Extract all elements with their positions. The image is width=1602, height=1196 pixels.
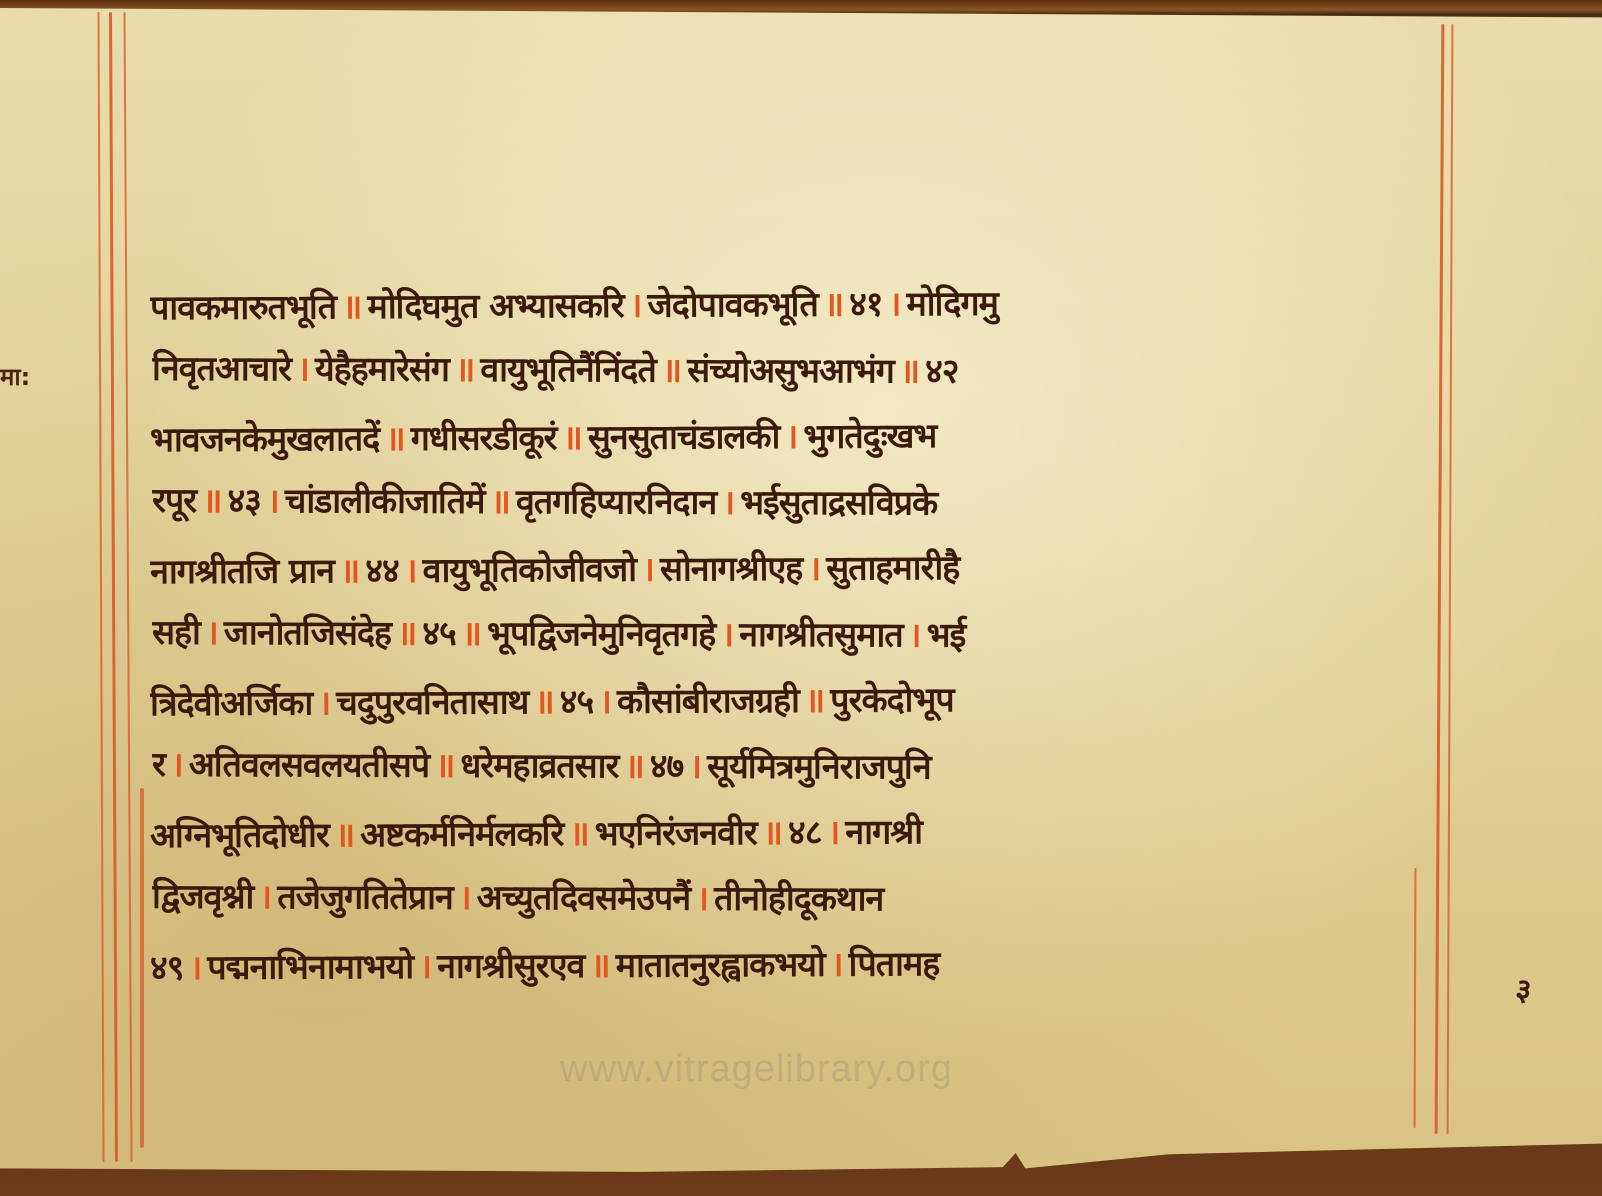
manuscript-text-block: पावकमारुतभूति॥मोदिघमुत अभ्यासकरि।जेदोपाव… — [150, 270, 1412, 996]
danda-mark: । — [259, 872, 271, 918]
danda-mark: । — [459, 873, 471, 919]
text-segment: नागश्री — [845, 807, 922, 853]
manuscript-line: रपूर॥४३।चांडालीकीजातिमें॥वृतगहिप्यारनिदा… — [152, 466, 1414, 536]
text-segment: ४१ — [849, 279, 883, 325]
danda-mark: ॥ — [490, 477, 510, 523]
danda-mark: ॥ — [900, 346, 920, 392]
manuscript-line: त्रिदेवीअर्जिका।चदुपुरवनितासाथ॥४५।कौसांब… — [150, 663, 1412, 736]
text-segment: रपूर — [152, 476, 196, 522]
danda-mark: । — [721, 610, 733, 656]
danda-mark: । — [785, 412, 797, 458]
text-segment: सोनागश्रीएह — [660, 544, 803, 591]
danda-mark: ॥ — [202, 476, 222, 522]
text-segment: वृतगहिप्यारनिदान — [516, 477, 717, 524]
text-segment: अष्टकर्मनिर्मलकरि — [360, 809, 563, 856]
text-segment: मातातनुरह्वाकभयो — [616, 940, 825, 987]
text-segment: भुगतेदुःखभ — [803, 411, 936, 458]
text-segment: धरेमहाव्रतसार — [460, 741, 618, 788]
danda-mark: ॥ — [342, 282, 362, 328]
text-segment: सही — [152, 608, 200, 654]
manuscript-line: पावकमारुतभूति॥मोदिघमुत अभ्यासकरि।जेदोपाव… — [150, 267, 1412, 340]
danda-mark: ॥ — [435, 741, 455, 787]
text-segment: पावकमारुतभूति — [150, 282, 336, 329]
danda-mark: । — [831, 940, 843, 986]
text-segment: ४८ — [788, 808, 822, 854]
danda-mark: । — [189, 943, 201, 989]
folio-number: ३ — [1513, 967, 1534, 1010]
danda-mark: ॥ — [824, 280, 844, 326]
text-segment: अतिवलसवलयतीसपे — [189, 740, 429, 787]
text-segment: तीनोहीदूकथान — [714, 874, 883, 921]
text-segment: नागश्रीसुरएव — [437, 941, 585, 988]
text-segment: गधीसरडीकूरं — [411, 413, 557, 460]
text-segment: वायुभूतिकोजीवजो — [422, 545, 636, 592]
text-segment: चांडालीकीजातिमें — [285, 476, 485, 523]
text-segment: निवृतआचारे — [152, 344, 291, 390]
text-segment: द्विजवृश्नी — [152, 872, 254, 918]
text-segment: भूपद्विजनेमुनिवृतगहे — [487, 609, 715, 656]
text-segment: ४५ — [560, 677, 594, 723]
danda-mark: ॥ — [662, 346, 682, 392]
left-margin-rule-accent — [140, 788, 144, 1148]
text-segment: पद्मनाभिनामाभयो — [207, 942, 413, 989]
danda-mark: । — [629, 281, 641, 327]
text-segment: वायुभूतिनैंनिंदते — [480, 345, 656, 392]
text-segment: भएनिरंजनवीर — [595, 808, 757, 855]
left-margin-rule-1 — [97, 12, 104, 1162]
text-segment: ४९ — [150, 943, 184, 989]
danda-mark: । — [808, 544, 820, 590]
danda-mark: ॥ — [590, 941, 610, 987]
text-segment: सुताहमारीहै — [826, 543, 959, 590]
danda-mark: । — [318, 678, 330, 724]
text-segment: भईसुताद्रसविप्रके — [740, 478, 937, 525]
margin-note: मा: — [0, 360, 30, 393]
danda-mark: ॥ — [763, 808, 783, 854]
text-segment: त्रिदेवीअर्जिका — [150, 678, 313, 725]
text-segment: तजेजुगतितेप्रान — [277, 872, 453, 919]
danda-mark: ॥ — [335, 810, 355, 856]
danda-mark: ॥ — [385, 414, 405, 460]
text-segment: येहैहमारेसंग — [315, 344, 449, 390]
text-segment: नागश्रीतजि प्रान — [150, 546, 334, 593]
left-margin-rule-3 — [123, 12, 132, 1162]
text-segment: अग्निभूतिदोधीर — [150, 810, 329, 857]
text-segment: र — [152, 740, 165, 786]
text-segment: जेदोपावकभूति — [647, 280, 818, 327]
danda-mark: । — [297, 344, 309, 390]
watermark: www.vitragelibrary.org — [560, 1048, 953, 1091]
right-margin-rule-2 — [1447, 24, 1454, 1134]
danda-mark: । — [696, 874, 708, 920]
danda-mark: । — [267, 476, 279, 522]
photograph-scene: मा: पावकमारुतभूति॥मोदिघमुत अभ्यासकरि।जेद… — [0, 0, 1602, 1196]
text-segment: सूर्यमित्रमुनिराजपुनि — [707, 742, 931, 789]
text-segment: मोदिगमु — [906, 279, 998, 325]
danda-mark: । — [171, 740, 183, 786]
danda-mark: । — [689, 742, 701, 788]
text-segment: अच्युतदिवसमेउपनैं — [477, 873, 691, 920]
danda-mark: । — [642, 545, 654, 591]
danda-mark: ॥ — [562, 413, 582, 459]
danda-mark: ॥ — [805, 676, 825, 722]
text-segment: ४७ — [650, 742, 684, 788]
danda-mark: । — [405, 546, 417, 592]
manuscript-line: नागश्रीतजि प्रान॥४४।वायुभूतिकोजीवजो।सोना… — [150, 531, 1412, 604]
manuscript-folio: मा: पावकमारुतभूति॥मोदिघमुत अभ्यासकरि।जेद… — [0, 8, 1602, 1186]
danda-mark: ॥ — [624, 741, 644, 787]
text-segment: ४४ — [365, 546, 399, 592]
manuscript-line: सही।जानोतजिसंदेह॥४५॥भूपद्विजनेमुनिवृतगहे… — [152, 598, 1414, 668]
text-segment: ४३ — [227, 476, 261, 522]
text-segment: सुनसुताचंडालकी — [588, 412, 780, 459]
text-segment: मोदिघमुत अभ्यासकरि — [367, 281, 623, 328]
text-segment: जानोतजिसंदेह — [224, 608, 391, 655]
danda-mark: ॥ — [397, 609, 417, 655]
text-segment: भावजनकेमुखलातदें — [150, 414, 380, 461]
text-segment: कौसांबीराजग्रही — [617, 676, 799, 723]
text-segment: संच्योअसुभआभंग — [687, 346, 894, 393]
right-margin-rule-1 — [1435, 24, 1445, 1134]
danda-mark: । — [599, 677, 611, 723]
manuscript-line: भावजनकेमुखलातदें॥गधीसरडीकूरं॥सुनसुताचंडा… — [150, 399, 1412, 472]
danda-mark: । — [722, 478, 734, 524]
danda-mark: ॥ — [534, 677, 554, 723]
manuscript-line: अग्निभूतिदोधीर॥अष्टकर्मनिर्मलकरि॥भएनिरंज… — [150, 795, 1412, 868]
text-segment: पितामह — [848, 939, 939, 985]
text-segment: ४५ — [422, 609, 456, 655]
manuscript-line: र।अतिवलसवलयतीसपे॥धरेमहाव्रतसार॥४७।सूर्यम… — [152, 730, 1414, 800]
left-margin-rule-2 — [109, 12, 118, 1162]
text-segment: नागश्रीतसुमात — [739, 610, 903, 657]
danda-mark: ॥ — [455, 345, 475, 391]
danda-mark: ॥ — [340, 546, 360, 592]
text-segment: चदुपुरवनितासाथ — [336, 677, 528, 724]
text-segment: पुरकेदोभूप — [830, 675, 954, 722]
text-segment: ४२ — [925, 346, 959, 392]
danda-mark: । — [888, 279, 900, 325]
danda-mark: । — [909, 610, 921, 656]
danda-mark: । — [827, 808, 839, 854]
danda-mark: । — [419, 942, 431, 988]
text-segment: भई — [927, 611, 966, 657]
danda-mark: ॥ — [569, 809, 589, 855]
danda-mark: । — [206, 608, 218, 654]
manuscript-line: द्विजवृश्नी।तजेजुगतितेप्रान।अच्युतदिवसमे… — [152, 862, 1414, 932]
danda-mark: ॥ — [462, 609, 482, 655]
manuscript-line: निवृतआचारे।येहैहमारेसंग॥वायुभूतिनैंनिंदत… — [152, 334, 1414, 404]
manuscript-line: ४९।पद्मनाभिनामाभयो।नागश्रीसुरएव॥मातातनुर… — [150, 927, 1412, 1000]
